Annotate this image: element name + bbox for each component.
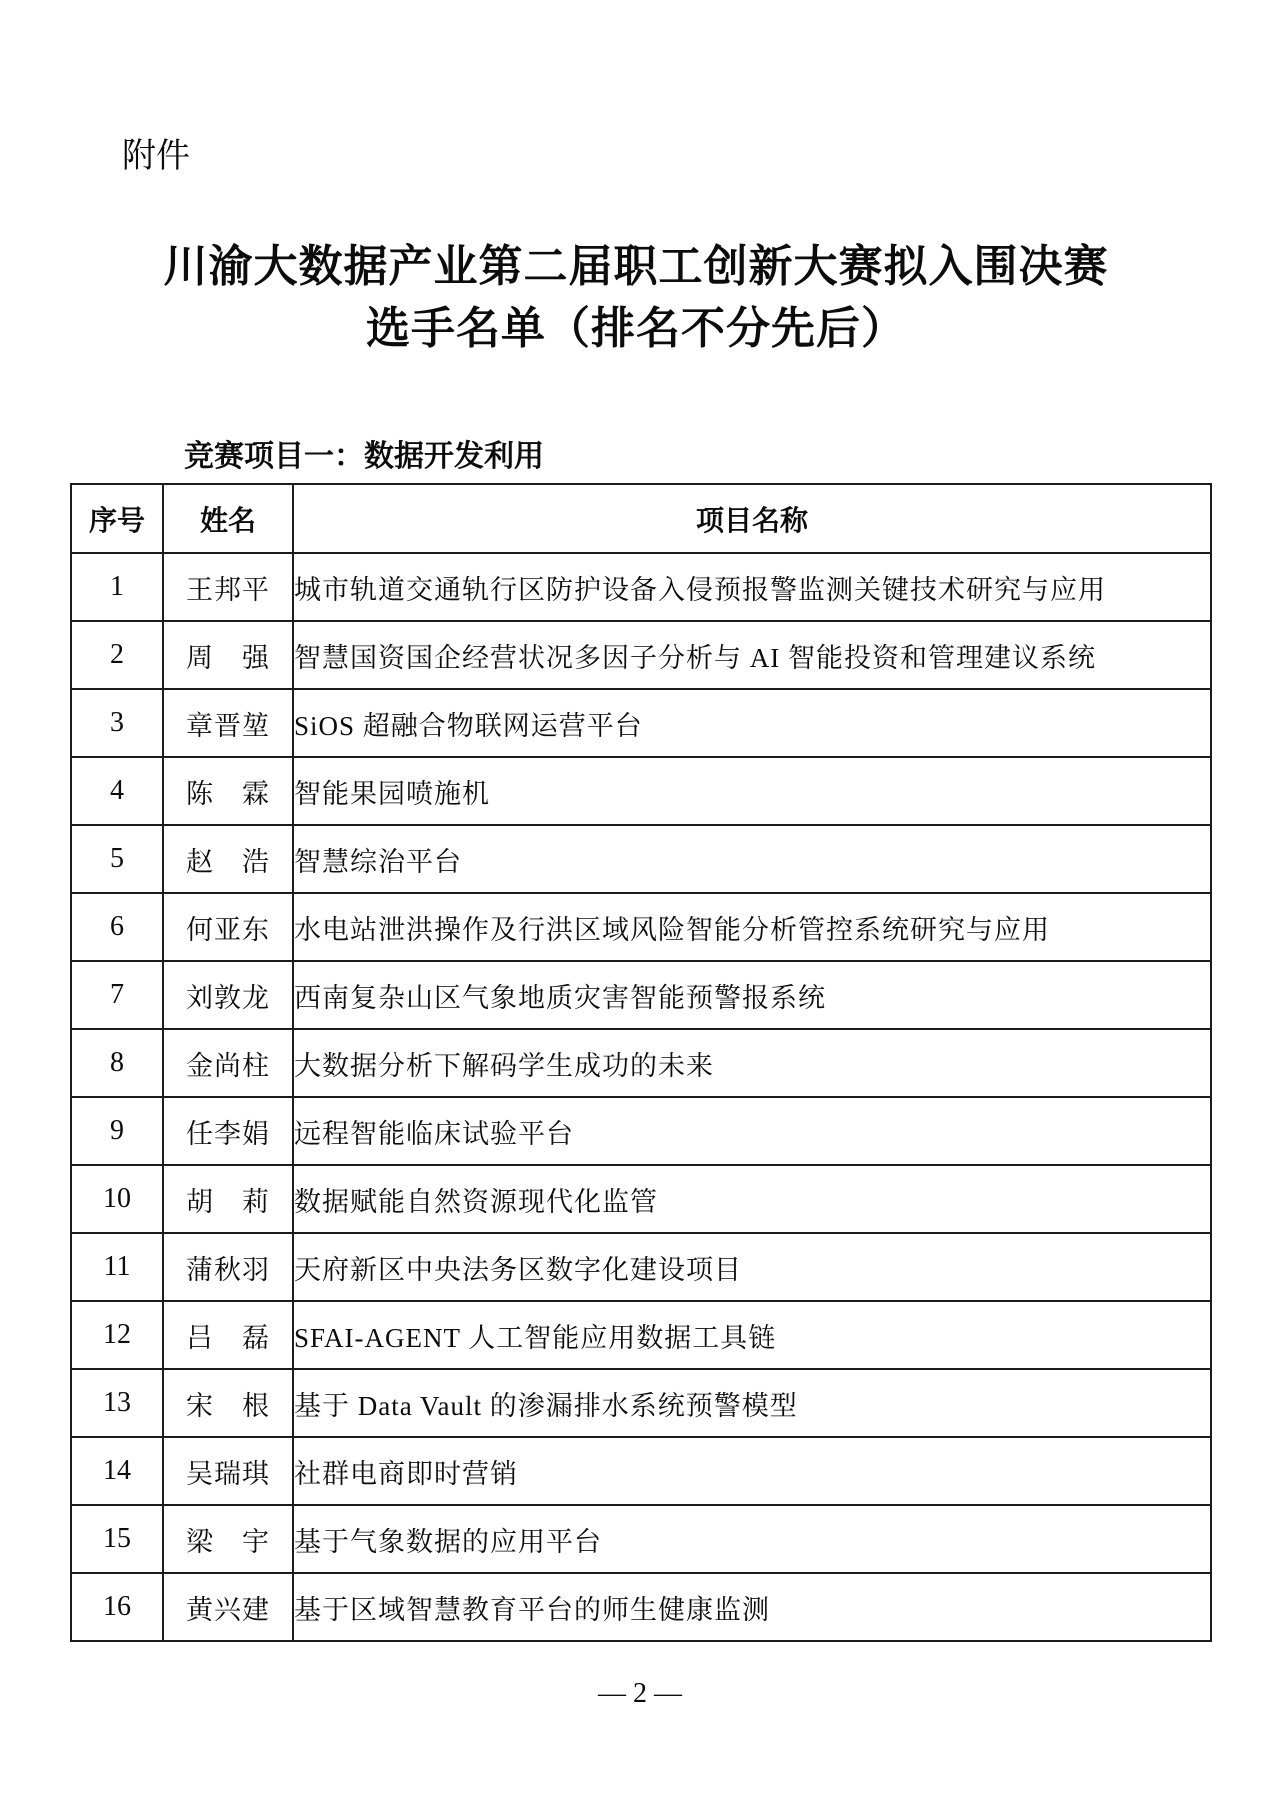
table-row: 6 何亚东 水电站泄洪操作及行洪区域风险智能分析管控系统研究与应用 [71,893,1211,961]
table-row: 1 王邦平 城市轨道交通轨行区防护设备入侵预报警监测关键技术研究与应用 [71,553,1211,621]
section-heading: 竞赛项目一：数据开发利用 [184,440,544,474]
row-name: 赵 浩 [163,825,293,893]
table-row: 9 任李娟 远程智能临床试验平台 [71,1097,1211,1165]
document-page: 附件 川渝大数据产业第二届职工创新大赛拟入围决赛 选手名单（排名不分先后） 竞赛… [0,0,1280,1810]
row-project: 西南复杂山区气象地质灾害智能预警报系统 [293,961,1211,1029]
table-row: 2 周 强 智慧国资国企经营状况多因子分析与 AI 智能投资和管理建议系统 [71,621,1211,689]
row-name: 任李娟 [163,1097,293,1165]
table-row: 4 陈 霖 智能果园喷施机 [71,757,1211,825]
row-project: 基于气象数据的应用平台 [293,1505,1211,1573]
column-header-project: 项目名称 [293,484,1211,553]
row-name: 刘敦龙 [163,961,293,1029]
row-no: 10 [71,1165,163,1233]
row-project: 基于区域智慧教育平台的师生健康监测 [293,1573,1211,1641]
contestants-table: 序号 姓名 项目名称 1 王邦平 城市轨道交通轨行区防护设备入侵预报警监测关键技… [70,483,1212,1642]
row-no: 4 [71,757,163,825]
table-row: 16 黄兴建 基于区域智慧教育平台的师生健康监测 [71,1573,1211,1641]
attachment-label: 附件 [122,136,190,176]
row-no: 16 [71,1573,163,1641]
row-project: 水电站泄洪操作及行洪区域风险智能分析管控系统研究与应用 [293,893,1211,961]
row-name: 金尚柱 [163,1029,293,1097]
row-name: 吴瑞琪 [163,1437,293,1505]
row-no: 9 [71,1097,163,1165]
row-no: 8 [71,1029,163,1097]
row-no: 2 [71,621,163,689]
document-title: 川渝大数据产业第二届职工创新大赛拟入围决赛 选手名单（排名不分先后） [62,236,1210,360]
table-row: 14 吴瑞琪 社群电商即时营销 [71,1437,1211,1505]
column-header-no: 序号 [71,484,163,553]
row-name: 周 强 [163,621,293,689]
row-no: 6 [71,893,163,961]
row-project: 智能果园喷施机 [293,757,1211,825]
row-name: 陈 霖 [163,757,293,825]
row-project: 数据赋能自然资源现代化监管 [293,1165,1211,1233]
row-no: 14 [71,1437,163,1505]
row-no: 7 [71,961,163,1029]
row-no: 13 [71,1369,163,1437]
row-project: 社群电商即时营销 [293,1437,1211,1505]
row-name: 蒲秋羽 [163,1233,293,1301]
row-project: 远程智能临床试验平台 [293,1097,1211,1165]
document-title-line-1: 川渝大数据产业第二届职工创新大赛拟入围决赛 [62,236,1210,298]
row-name: 何亚东 [163,893,293,961]
row-project: SFAI-AGENT 人工智能应用数据工具链 [293,1301,1211,1369]
row-name: 吕 磊 [163,1301,293,1369]
row-name: 黄兴建 [163,1573,293,1641]
row-project: 天府新区中央法务区数字化建设项目 [293,1233,1211,1301]
row-project: SiOS 超融合物联网运营平台 [293,689,1211,757]
row-no: 1 [71,553,163,621]
row-name: 梁 宇 [163,1505,293,1573]
row-name: 章晋堃 [163,689,293,757]
row-project: 城市轨道交通轨行区防护设备入侵预报警监测关键技术研究与应用 [293,553,1211,621]
table-row: 5 赵 浩 智慧综治平台 [71,825,1211,893]
row-no: 3 [71,689,163,757]
table-row: 11 蒲秋羽 天府新区中央法务区数字化建设项目 [71,1233,1211,1301]
row-no: 5 [71,825,163,893]
row-project: 大数据分析下解码学生成功的未来 [293,1029,1211,1097]
row-name: 王邦平 [163,553,293,621]
table-row: 7 刘敦龙 西南复杂山区气象地质灾害智能预警报系统 [71,961,1211,1029]
table-row: 10 胡 莉 数据赋能自然资源现代化监管 [71,1165,1211,1233]
table-row: 12 吕 磊 SFAI-AGENT 人工智能应用数据工具链 [71,1301,1211,1369]
row-no: 11 [71,1233,163,1301]
table-row: 8 金尚柱 大数据分析下解码学生成功的未来 [71,1029,1211,1097]
table-row: 13 宋 根 基于 Data Vault 的渗漏排水系统预警模型 [71,1369,1211,1437]
row-project: 智慧综治平台 [293,825,1211,893]
table-body: 1 王邦平 城市轨道交通轨行区防护设备入侵预报警监测关键技术研究与应用 2 周 … [71,553,1211,1641]
table-row: 15 梁 宇 基于气象数据的应用平台 [71,1505,1211,1573]
row-no: 12 [71,1301,163,1369]
row-project: 基于 Data Vault 的渗漏排水系统预警模型 [293,1369,1211,1437]
row-name: 胡 莉 [163,1165,293,1233]
row-name: 宋 根 [163,1369,293,1437]
row-no: 15 [71,1505,163,1573]
table-header-row: 序号 姓名 项目名称 [71,484,1211,553]
table-row: 3 章晋堃 SiOS 超融合物联网运营平台 [71,689,1211,757]
page-number: — 2 — [0,1678,1280,1710]
document-title-line-2: 选手名单（排名不分先后） [62,298,1210,360]
column-header-name: 姓名 [163,484,293,553]
row-project: 智慧国资国企经营状况多因子分析与 AI 智能投资和管理建议系统 [293,621,1211,689]
